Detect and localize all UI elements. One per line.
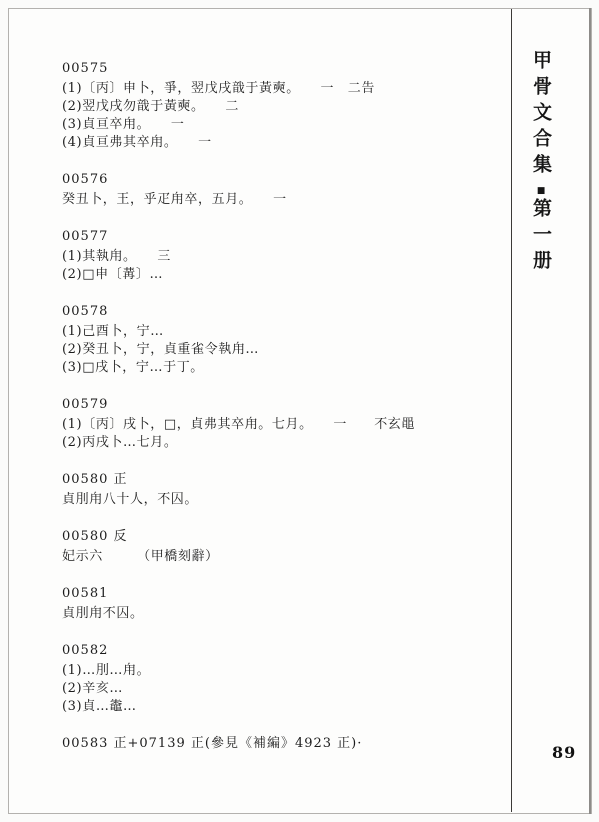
entry-line: (1)己酉卜，宁…	[62, 323, 507, 341]
entry-00578: 00578 (1)己酉卜，宁… (2)癸丑卜，宁，貞重雀令執甪… (3)□戌卜，…	[62, 303, 507, 377]
entry-line: (2)□申〔冓〕…	[62, 266, 507, 284]
entry-line: (1)其執甪。 三	[62, 248, 507, 266]
entry-line: (3)貞亘卒甪。 一	[62, 116, 507, 134]
entry-number: 00578	[62, 303, 507, 321]
book-spine-title: 甲骨文合集■第一册	[523, 50, 555, 610]
spine-volume-text: 第一册	[530, 198, 552, 276]
entry-line: 癸丑卜，王，乎疋甪卒，五月。 一	[62, 191, 507, 209]
entry-number: 00576	[62, 171, 507, 189]
entry-number: 00583 正+07139 正(參見《補編》4923 正)·	[62, 735, 507, 753]
entry-line: (2)丙戌卜…七月。	[62, 434, 507, 452]
square-separator-icon: ■	[536, 186, 546, 196]
spine-divider-rule	[511, 9, 512, 812]
entry-00580-front: 00580 正 貞刖甪八十人，不囚。	[62, 471, 507, 509]
entry-number: 00582	[62, 642, 507, 660]
entry-line: (2)辛亥…	[62, 680, 507, 698]
entry-line: (1)…刖…甪。	[62, 662, 507, 680]
spine-title-text: 甲骨文合集	[530, 50, 552, 180]
entry-number: 00577	[62, 228, 507, 246]
entry-line: (2)翌戊戌勿戠于黃奭。 二	[62, 98, 507, 116]
entry-line: 妃示六 （甲橋刻辭）	[62, 548, 507, 566]
entry-00580-back: 00580 反 妃示六 （甲橋刻辭）	[62, 528, 507, 566]
entry-line: (3)□戌卜，宁…于丁。	[62, 359, 507, 377]
transcription-column: 00575 (1)〔丙〕申卜，爭，翌戊戌戠于黃奭。 一 二告 (2)翌戊戌勿戠于…	[62, 60, 507, 772]
entry-number: 00580 反	[62, 528, 507, 546]
entry-number: 00579	[62, 396, 507, 414]
entry-00581: 00581 貞刖甪不囚。	[62, 585, 507, 623]
entry-00577: 00577 (1)其執甪。 三 (2)□申〔冓〕…	[62, 228, 507, 284]
entry-line: 貞刖甪不囚。	[62, 605, 507, 623]
entry-number: 00580 正	[62, 471, 507, 489]
entry-line: (2)癸丑卜，宁，貞重雀令執甪…	[62, 341, 507, 359]
entry-00576: 00576 癸丑卜，王，乎疋甪卒，五月。 一	[62, 171, 507, 209]
page-right-edge-shadow	[589, 8, 591, 814]
entry-line: (1)〔丙〕戌卜，□，貞弗其卒甪。七月。 一 不玄黽	[62, 416, 507, 434]
entry-line: (4)貞亘弗其卒甪。 一	[62, 134, 507, 152]
entry-number: 00581	[62, 585, 507, 603]
entry-number: 00575	[62, 60, 507, 78]
entry-00579: 00579 (1)〔丙〕戌卜，□，貞弗其卒甪。七月。 一 不玄黽 (2)丙戌卜……	[62, 396, 507, 452]
entry-line: 貞刖甪八十人，不囚。	[62, 491, 507, 509]
entry-00582: 00582 (1)…刖…甪。 (2)辛亥… (3)貞…鼄…	[62, 642, 507, 716]
entry-00575: 00575 (1)〔丙〕申卜，爭，翌戊戌戠于黃奭。 一 二告 (2)翌戊戌勿戠于…	[62, 60, 507, 152]
page-number: 89	[552, 743, 576, 762]
entry-00583-crossref: 00583 正+07139 正(參見《補編》4923 正)·	[62, 735, 507, 753]
entry-line: (3)貞…鼄…	[62, 698, 507, 716]
entry-line: (1)〔丙〕申卜，爭，翌戊戌戠于黃奭。 一 二告	[62, 80, 507, 98]
